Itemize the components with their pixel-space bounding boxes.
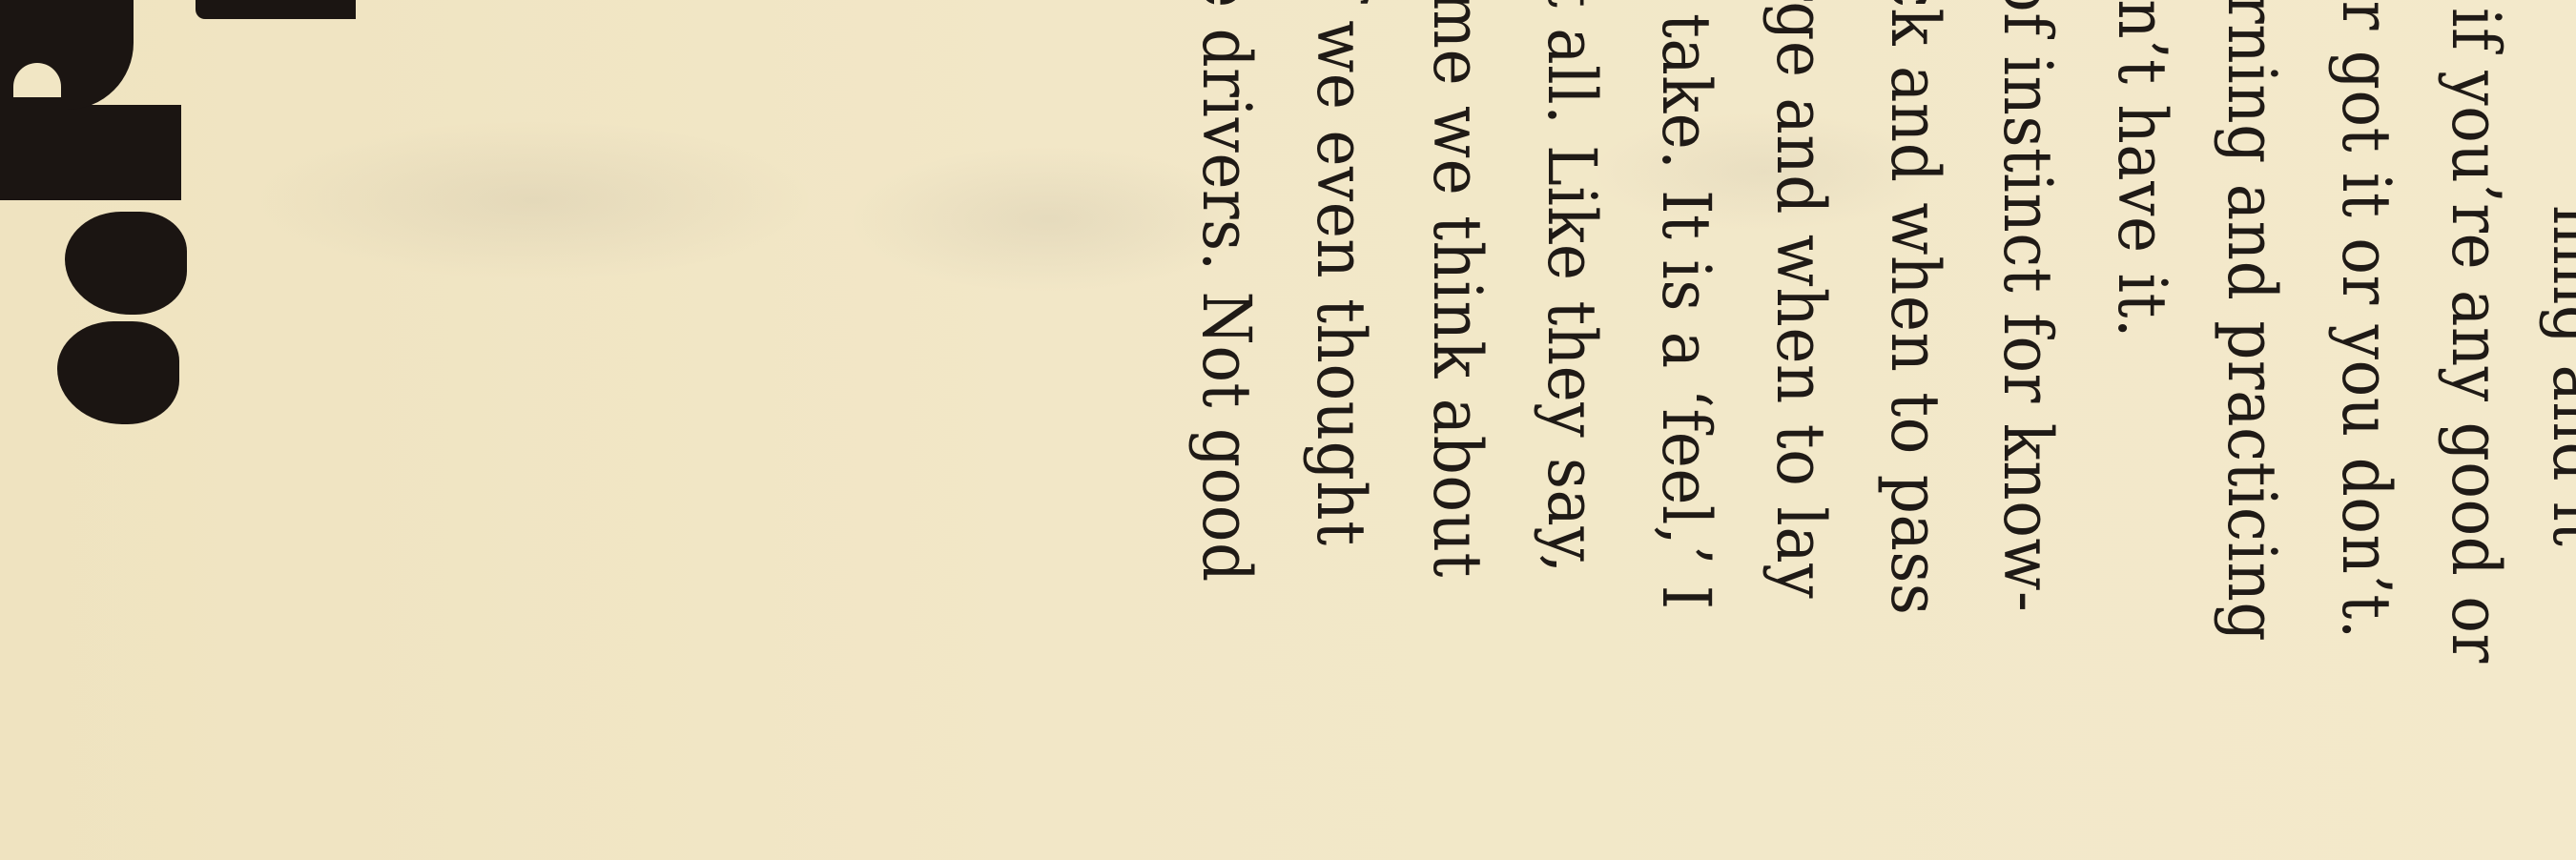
body-line: rge and when to lay <box>1767 0 1834 599</box>
body-line: me we think about <box>1424 0 1491 578</box>
body-line: f we even thought <box>1308 0 1374 546</box>
scanned-page: ning and it if you’re any good or er got… <box>0 0 2576 860</box>
body-line: ning and it <box>2544 205 2576 546</box>
body-line: ck and when to pass <box>1882 0 1948 615</box>
body-line: on’t have it. <box>2109 0 2175 338</box>
body-line: e drivers. Not good <box>1193 0 1260 583</box>
body-line: er got it or you don’t. <box>2333 0 2400 640</box>
body-line: take. It is a ‘feel,’ I <box>1653 13 1720 610</box>
rotated-text-frame: ning and it if you’re any good or er got… <box>0 0 2576 860</box>
body-line: t all. Like they say, <box>1538 0 1605 574</box>
body-line: if you’re any good or <box>2442 8 2509 664</box>
body-line: of instinct for know- <box>1994 0 2061 612</box>
body-line: rning and practicing <box>2218 0 2285 642</box>
